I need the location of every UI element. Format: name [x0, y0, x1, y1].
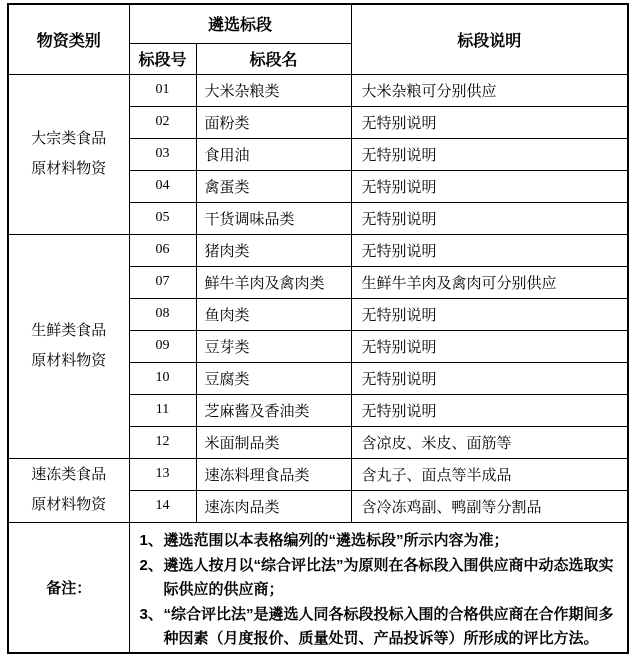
- section-name: 豆腐类: [196, 362, 351, 394]
- category-label: 速冻类食品原材料物资: [31, 460, 106, 520]
- category-label: 生鲜类食品原材料物资: [31, 316, 106, 376]
- section-no: 06: [129, 234, 196, 266]
- section-name: 豆芽类: [196, 330, 351, 362]
- remarks-row: 备注： 1、 遴选范围以本表格编列的“遴选标段”所示内容为准； 2、 遴选人按月…: [8, 522, 628, 653]
- section-no: 11: [129, 394, 196, 426]
- header-section-name: 标段名: [196, 43, 351, 74]
- section-desc: 生鲜牛羊肉及禽肉可分别供应: [351, 266, 628, 298]
- section-desc: 无特别说明: [351, 106, 628, 138]
- section-desc: 无特别说明: [351, 202, 628, 234]
- section-no: 13: [129, 458, 196, 490]
- remark-marker: 1、: [140, 529, 164, 553]
- category-cell-bulk-foods: 大宗类食品原材料物资: [8, 74, 129, 234]
- section-desc: 无特别说明: [351, 170, 628, 202]
- section-name: 速冻肉品类: [196, 490, 351, 522]
- section-name: 鲜牛羊肉及禽肉类: [196, 266, 351, 298]
- section-name: 面粉类: [196, 106, 351, 138]
- section-no: 14: [129, 490, 196, 522]
- section-desc: 含冷冻鸡副、鸭副等分割品: [351, 490, 628, 522]
- header-description: 标段说明: [351, 4, 628, 74]
- table-row: 大宗类食品原材料物资 01 大米杂粮类 大米杂粮可分别供应: [8, 74, 628, 106]
- section-desc: 无特别说明: [351, 362, 628, 394]
- header-row-1: 物资类别 遴选标段 标段说明: [8, 4, 628, 43]
- remark-text: 遴选人按月以“综合评比法”为原则在各标段入围供应商中动态选取实际供应的供应商；: [164, 554, 622, 602]
- section-no: 09: [129, 330, 196, 362]
- section-desc: 无特别说明: [351, 234, 628, 266]
- document: 物资类别 遴选标段 标段说明 标段号 标段名 大宗类食品原材料物资 01 大米杂…: [7, 3, 629, 654]
- section-name: 食用油: [196, 138, 351, 170]
- table-row: 速冻类食品原材料物资 13 速冻料理食品类 含丸子、面点等半成品: [8, 458, 628, 490]
- header-section-group: 遴选标段: [129, 4, 351, 43]
- section-desc: 含丸子、面点等半成品: [351, 458, 628, 490]
- section-no: 05: [129, 202, 196, 234]
- section-no: 04: [129, 170, 196, 202]
- section-no: 03: [129, 138, 196, 170]
- section-name: 干货调味品类: [196, 202, 351, 234]
- remark-item: 3、 “综合评比法”是遴选人同各标段投标入围的合格供应商在合作期间多种因素（月度…: [140, 603, 622, 651]
- procurement-sections-table: 物资类别 遴选标段 标段说明 标段号 标段名 大宗类食品原材料物资 01 大米杂…: [7, 3, 629, 654]
- table-row: 生鲜类食品原材料物资 06 猪肉类 无特别说明: [8, 234, 628, 266]
- section-desc: 大米杂粮可分别供应: [351, 74, 628, 106]
- section-desc: 含凉皮、米皮、面筋等: [351, 426, 628, 458]
- remark-marker: 2、: [140, 554, 164, 578]
- section-name: 鱼肉类: [196, 298, 351, 330]
- section-name: 大米杂粮类: [196, 74, 351, 106]
- remark-marker: 3、: [140, 603, 164, 627]
- section-desc: 无特别说明: [351, 394, 628, 426]
- section-name: 速冻料理食品类: [196, 458, 351, 490]
- header-category: 物资类别: [8, 4, 129, 74]
- category-cell-frozen-foods: 速冻类食品原材料物资: [8, 458, 129, 522]
- section-no: 07: [129, 266, 196, 298]
- section-no: 12: [129, 426, 196, 458]
- section-name: 米面制品类: [196, 426, 351, 458]
- section-no: 01: [129, 74, 196, 106]
- category-label: 大宗类食品原材料物资: [31, 124, 106, 184]
- section-no: 10: [129, 362, 196, 394]
- section-desc: 无特别说明: [351, 330, 628, 362]
- category-cell-fresh-foods: 生鲜类食品原材料物资: [8, 234, 129, 458]
- remark-text: “综合评比法”是遴选人同各标段投标入围的合格供应商在合作期间多种因素（月度报价、…: [164, 603, 622, 651]
- section-desc: 无特别说明: [351, 138, 628, 170]
- section-desc: 无特别说明: [351, 298, 628, 330]
- header-section-no: 标段号: [129, 43, 196, 74]
- remark-item: 1、 遴选范围以本表格编列的“遴选标段”所示内容为准；: [140, 529, 622, 553]
- section-no: 02: [129, 106, 196, 138]
- remark-text: 遴选范围以本表格编列的“遴选标段”所示内容为准；: [164, 529, 622, 553]
- remarks-content: 1、 遴选范围以本表格编列的“遴选标段”所示内容为准； 2、 遴选人按月以“综合…: [129, 522, 628, 653]
- section-no: 08: [129, 298, 196, 330]
- remarks-label: 备注：: [8, 522, 129, 653]
- section-name: 猪肉类: [196, 234, 351, 266]
- remark-item: 2、 遴选人按月以“综合评比法”为原则在各标段入围供应商中动态选取实际供应的供应…: [140, 554, 622, 602]
- section-name: 禽蛋类: [196, 170, 351, 202]
- section-name: 芝麻酱及香油类: [196, 394, 351, 426]
